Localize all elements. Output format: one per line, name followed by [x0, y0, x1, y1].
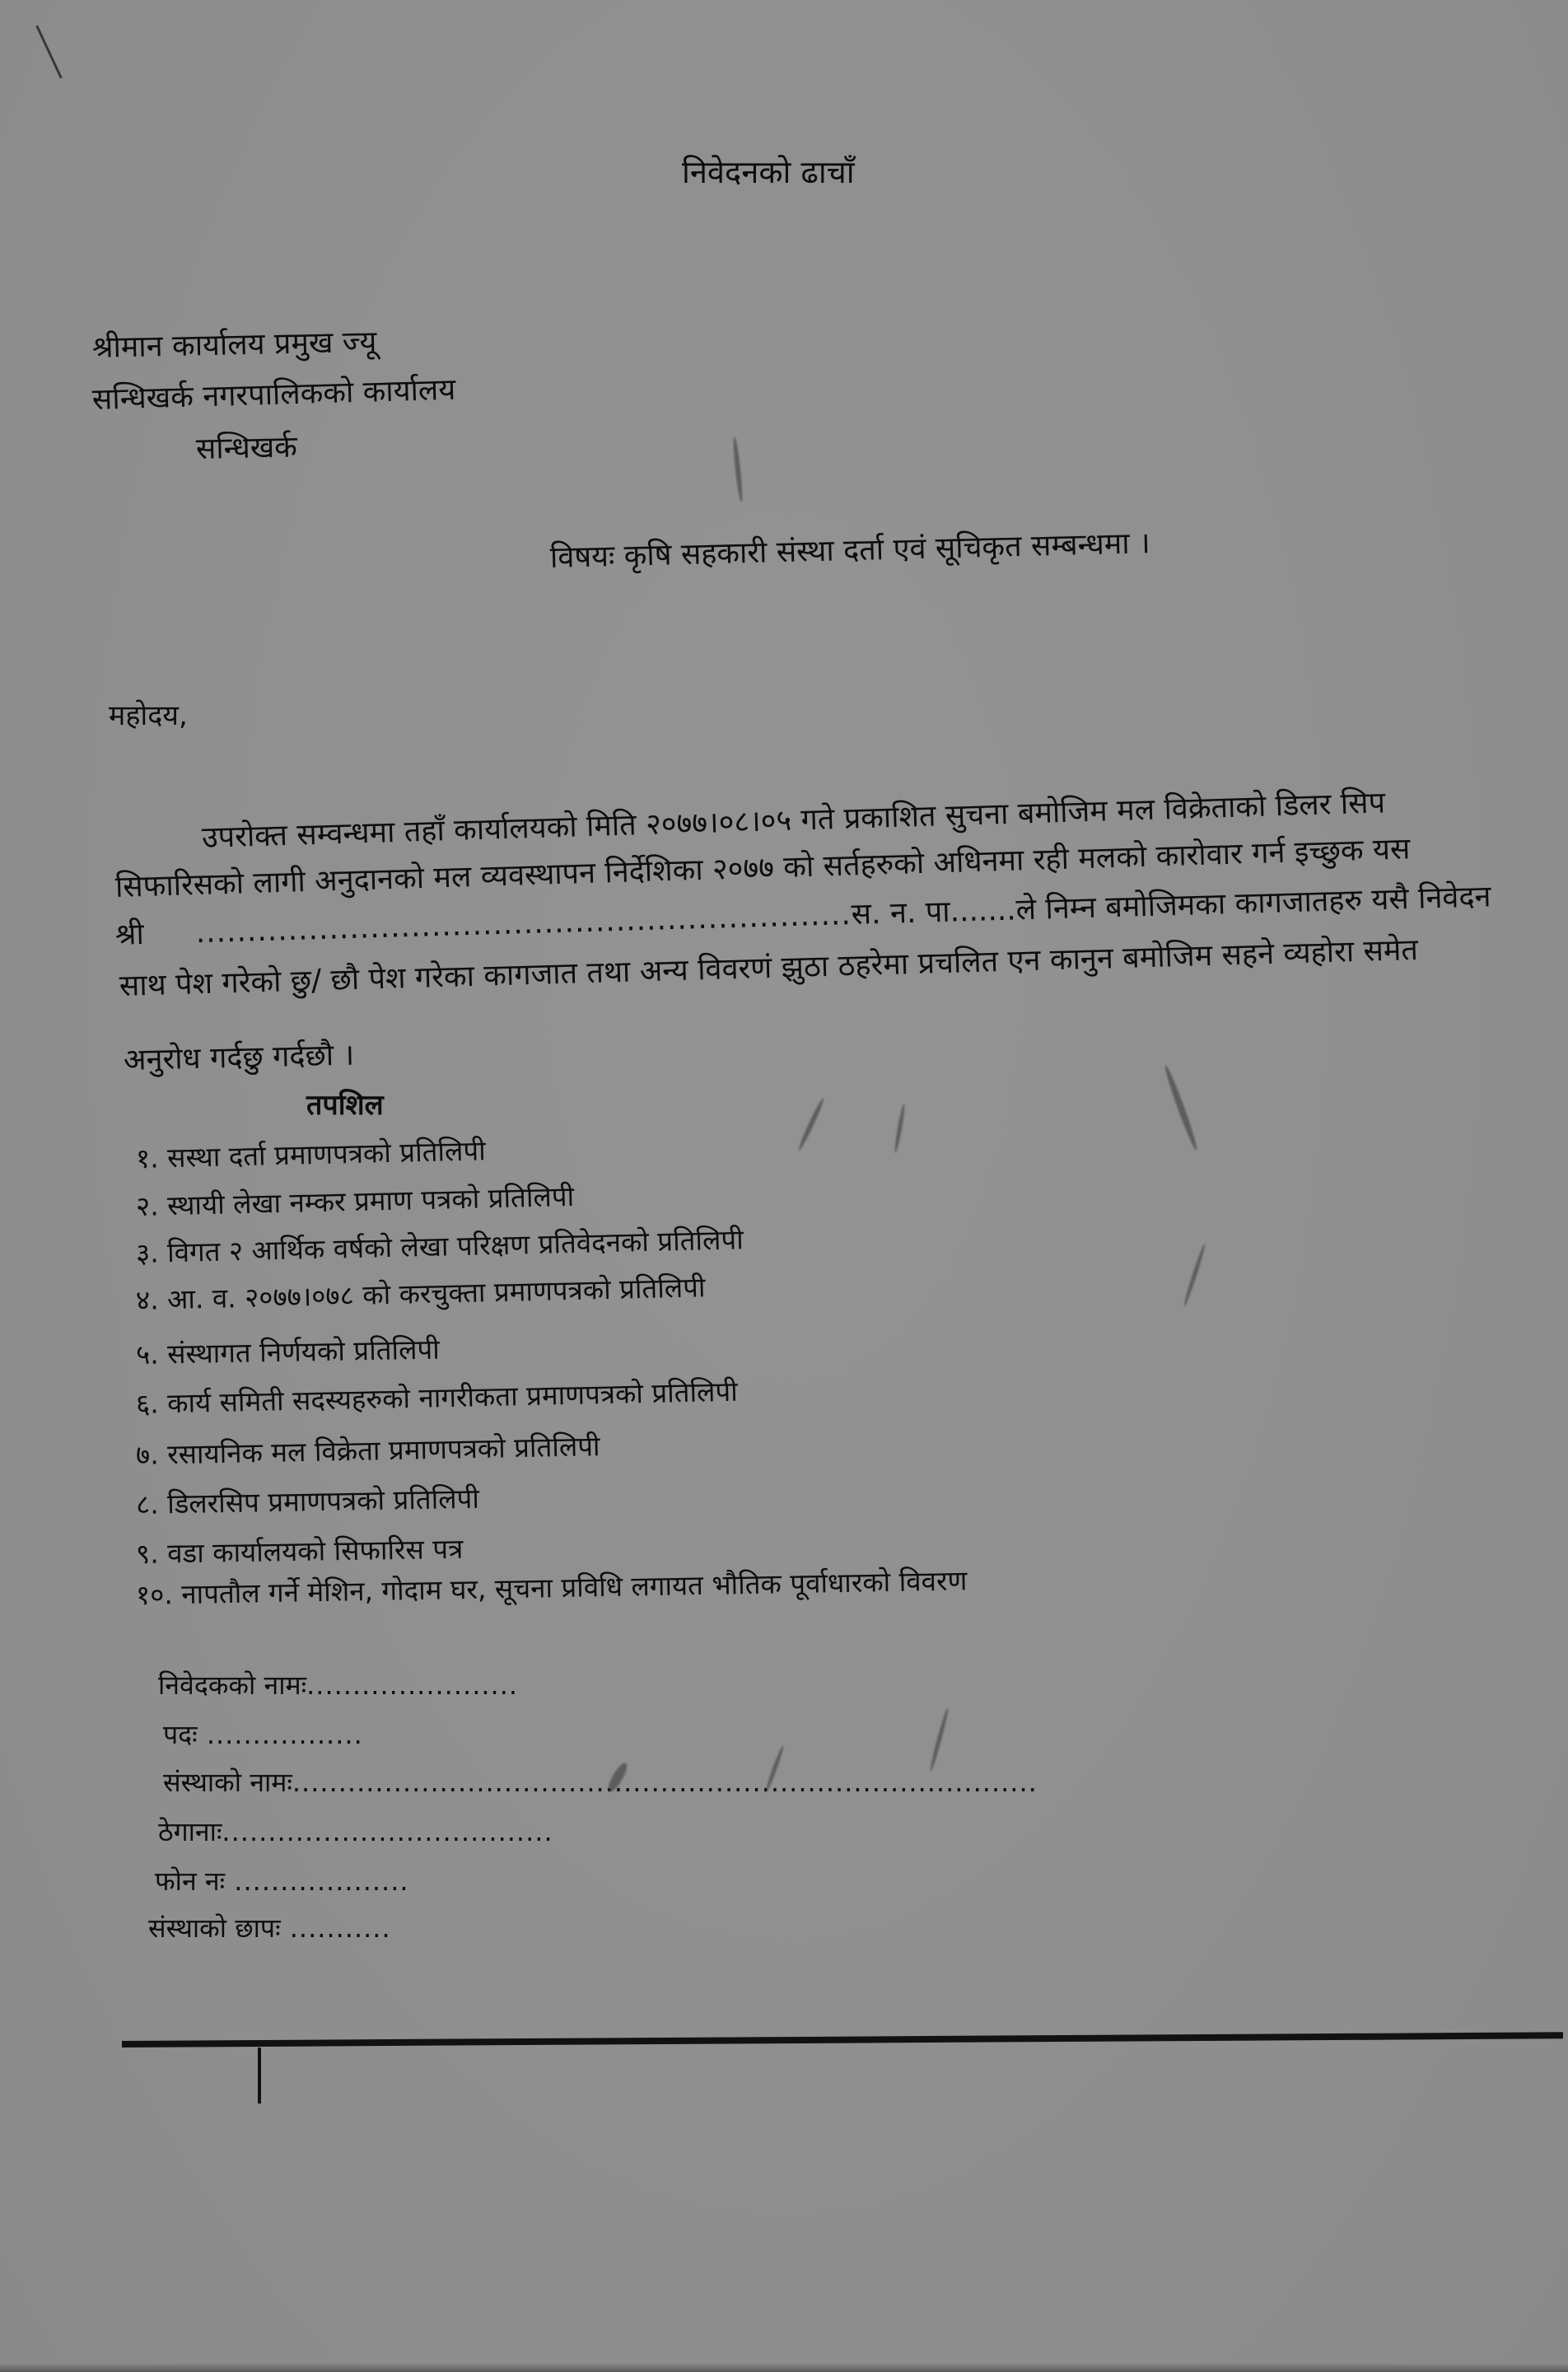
subject-line: विषयः कृषि सहकारी संस्था दर्ता एवं सूचिक… — [550, 529, 1150, 573]
attachment-item: २. स्थायी लेखा नम्कर प्रमाण पत्रको प्रति… — [136, 1183, 575, 1220]
field-label: ठेगानाः — [158, 1816, 222, 1847]
field-blank: .................................... — [222, 1816, 553, 1847]
attachment-item: ७. रसायनिक मल विक्रेता प्रमाणपत्रको प्रत… — [136, 1432, 600, 1468]
address-field: ठेगानाः.................................… — [158, 1819, 553, 1845]
scan-smudge — [1183, 1243, 1206, 1307]
horizontal-rule — [122, 2032, 1563, 2047]
scan-smudge — [796, 1097, 825, 1151]
scan-smudge — [732, 437, 744, 502]
scan-smudge — [894, 1104, 906, 1153]
attachment-item: १. सस्था दर्ता प्रमाणपत्रको प्रतिलिपी — [136, 1137, 486, 1172]
addressee-line-1: श्रीमान कार्यालय प्रमुख ज्यू — [92, 328, 377, 363]
organization-name-field: संस्थाको नामः...........................… — [163, 1769, 1038, 1795]
attachment-item: ९. वडा कार्यालयको सिफारिस पत्र — [136, 1535, 464, 1567]
body-shri-prefix: श्री — [114, 918, 144, 952]
attachment-item: ६. कार्य समिती सदस्यहरुको नागरीकता प्रमा… — [136, 1378, 738, 1417]
field-label: संस्थाको छापः — [148, 1912, 281, 1944]
attachment-item: ४. आ. व. २०७७।०७८ को करचुक्ता प्रमाणपत्र… — [136, 1273, 706, 1314]
attachment-item: ८. डिलरसिप प्रमाणपत्रको प्रतिलिपी — [136, 1485, 479, 1518]
addressee-line-2: सन्धिखर्क नगरपालिकको कार्यालय — [91, 376, 455, 415]
field-blank: ........................................… — [292, 1767, 1038, 1798]
organization-blank: ........................................… — [195, 898, 852, 950]
field-blank: ................... — [225, 1865, 408, 1897]
position-field: पदः ................. — [163, 1721, 363, 1748]
attachment-item: १०. नापतौल गर्ने मेशिन, गोदाम घर, सूचना … — [136, 1567, 968, 1609]
attachment-item: ३. विगत २ आर्थिक वर्षको लेखा परिक्षण प्र… — [136, 1226, 744, 1267]
field-label: निवेदकको नामः — [158, 1669, 306, 1701]
attachment-item: ५. संस्थागत निर्णयको प्रतिलिपी — [136, 1336, 440, 1368]
field-blank: ....................... — [306, 1669, 518, 1701]
applicant-name-field: निवेदकको नामः....................... — [158, 1672, 518, 1698]
phone-field: फोन नः ................... — [155, 1868, 409, 1894]
document-title: निवेदनको ढाचाँ — [682, 156, 855, 188]
field-label: फोन नः — [155, 1865, 225, 1897]
field-label: संस्थाको नामः — [163, 1767, 292, 1798]
scan-smudge — [1162, 1064, 1199, 1151]
scan-smudge — [929, 1707, 950, 1772]
field-blank: ........... — [281, 1912, 391, 1944]
field-label: पदः — [163, 1719, 198, 1750]
addressee-line-3: सन्धिखर्क — [196, 432, 298, 465]
scanned-page: निवेदनको ढाचाँ श्रीमान कार्यालय प्रमुख ज… — [0, 0, 1568, 2372]
body-line-5: अनुरोध गर्दछु गर्दछौ । — [124, 1041, 355, 1076]
organization-stamp-field: संस्थाको छापः ........... — [148, 1915, 391, 1941]
attachments-heading: तपशिल — [306, 1091, 384, 1119]
salutation: महोदय, — [109, 702, 188, 730]
body-line-3-suffix: स. न. पा.......ले निम्न बमोजिमका कागजातह… — [851, 880, 1491, 932]
page-edge — [0, 2362, 1568, 2372]
field-blank: ................. — [198, 1719, 363, 1750]
scan-mark — [35, 26, 62, 79]
rule-tick-mark — [258, 2047, 261, 2104]
